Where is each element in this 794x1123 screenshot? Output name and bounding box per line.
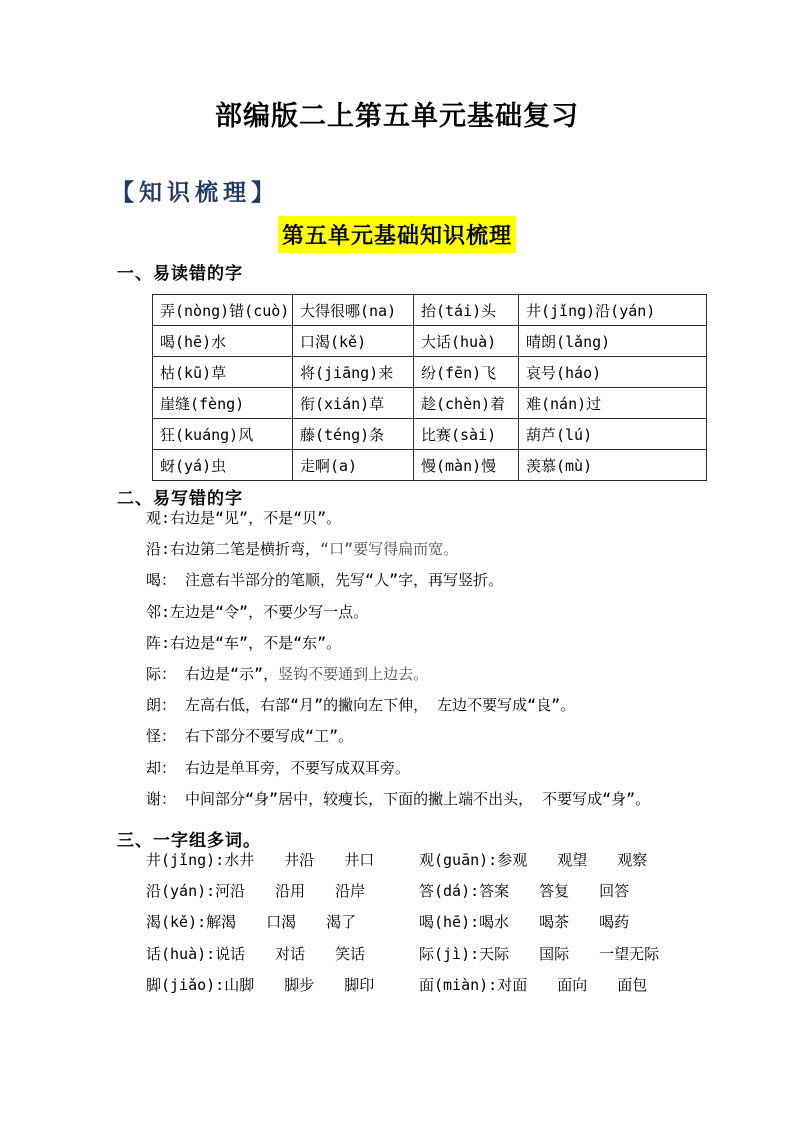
table-cell: 将(jiāng)来 (293, 357, 414, 388)
note-text: 邻:左边是“令”，不要少写一点。 (146, 603, 368, 621)
table-cell: 哀号(háo) (519, 357, 707, 388)
word-row: 渴(kě):解渴 口渴 渴了喝(hē):喝水 喝茶 喝药 (146, 907, 766, 938)
table-cell: 口渴(kě) (293, 326, 414, 357)
table-row: 崖缝(fèng)衔(xián)草趁(chèn)着难(nán)过 (153, 388, 707, 419)
note-text-muted: 竖钩不要通到上边去。 (278, 665, 428, 683)
note-text: 却： 右边是单耳旁，不要写成双耳旁。 (146, 759, 410, 777)
table-cell: 狂(kuáng)风 (153, 419, 293, 450)
word-group-right: 答(dá):答案 答复 回答 (419, 876, 766, 907)
table-cell: 崖缝(fèng) (153, 388, 293, 419)
table-row: 喝(hē)水口渴(kě)大话(huà)晴朗(lǎng) (153, 326, 707, 357)
miswrite-note-item: 邻:左边是“令”，不要少写一点。 (146, 597, 766, 628)
highlighted-subtitle: 第五单元基础知识梳理 (278, 216, 516, 253)
word-group-right: 观(guān):参观 观望 观察 (419, 845, 766, 876)
word-group-right: 际(jì):天际 国际 一望无际 (419, 939, 766, 970)
word-group-left: 井(jǐng):水井 井沿 井口 (146, 845, 419, 876)
miswrite-note-item: 喝： 注意右半部分的笔顺，先写“人”字，再写竖折。 (146, 565, 766, 596)
table-cell: 喝(hē)水 (153, 326, 293, 357)
miswrite-note-item: 怪： 右下部分不要写成“工”。 (146, 721, 766, 752)
misread-characters-table: 弄(nòng)错(cuò)大得很哪(na)抬(tái)头井(jǐng)沿(yán… (152, 294, 707, 481)
miswrite-note-item: 观:右边是“见”，不是“贝”。 (146, 503, 766, 534)
table-cell: 弄(nòng)错(cuò) (153, 295, 293, 326)
table-row: 狂(kuáng)风藤(téng)条比赛(sài)葫芦(lú) (153, 419, 707, 450)
table-cell: 纷(fēn)飞 (414, 357, 519, 388)
table-cell: 难(nán)过 (519, 388, 707, 419)
miswrite-note-item: 阵:右边是“车”，不是“东”。 (146, 628, 766, 659)
word-group-left: 脚(jiǎo):山脚 脚步 脚印 (146, 970, 419, 1001)
note-text: 阵:右边是“车”，不是“东”。 (146, 634, 341, 652)
note-text: 沿:右边第二笔是横折弯， (146, 540, 320, 558)
table-cell: 走啊(a) (293, 450, 414, 481)
word-group-left: 沿(yán):河沿 沿用 沿岸 (146, 876, 419, 907)
subtitle-wrap: 第五单元基础知识梳理 (0, 216, 794, 253)
table-cell: 大话(huà) (414, 326, 519, 357)
table-cell: 枯(kū)草 (153, 357, 293, 388)
miswrite-note-item: 际： 右边是“示”，竖钩不要通到上边去。 (146, 659, 766, 690)
miswrite-note-item: 沿:右边第二笔是横折弯，“口”要写得扁而宽。 (146, 534, 766, 565)
word-row: 沿(yán):河沿 沿用 沿岸答(dá):答案 答复 回答 (146, 876, 766, 907)
word-group-right: 喝(hē):喝水 喝茶 喝药 (419, 907, 766, 938)
miswrite-notes-list: 观:右边是“见”，不是“贝”。沿:右边第二笔是横折弯，“口”要写得扁而宽。喝： … (146, 503, 766, 815)
document-page: 部编版二上第五单元基础复习 【知识梳理】 第五单元基础知识梳理 一、易读错的字 … (0, 0, 794, 1123)
note-text-muted: “口”要写得扁而宽。 (320, 540, 458, 558)
miswrite-note-item: 谢： 中间部分“身”居中，较瘦长，下面的撇上端不出头， 不要写成“身”。 (146, 784, 766, 815)
table-row: 蚜(yá)虫走啊(a)慢(màn)慢羡慕(mù) (153, 450, 707, 481)
knowledge-review-label: 【知识梳理】 (111, 174, 279, 207)
word-group-left: 渴(kě):解渴 口渴 渴了 (146, 907, 419, 938)
note-text: 朗： 左高右低，右部“月”的撇向左下伸， 左边不要写成“良”。 (146, 696, 575, 714)
note-text: 怪： 右下部分不要写成“工”。 (146, 727, 353, 745)
table-cell: 衔(xián)草 (293, 388, 414, 419)
note-text: 喝： 注意右半部分的笔顺，先写“人”字，再写竖折。 (146, 571, 503, 589)
table-cell: 井(jǐng)沿(yán) (519, 295, 707, 326)
table-row: 弄(nòng)错(cuò)大得很哪(na)抬(tái)头井(jǐng)沿(yán… (153, 295, 707, 326)
note-text: 谢： 中间部分“身”居中，较瘦长，下面的撇上端不出头， 不要写成“身”。 (146, 790, 650, 808)
miswrite-note-item: 却： 右边是单耳旁，不要写成双耳旁。 (146, 753, 766, 784)
table-cell: 慢(màn)慢 (414, 450, 519, 481)
table-cell: 藤(téng)条 (293, 419, 414, 450)
table-cell: 趁(chèn)着 (414, 388, 519, 419)
section-heading-misread: 一、易读错的字 (117, 259, 243, 284)
table-cell: 羡慕(mù) (519, 450, 707, 481)
table-cell: 大得很哪(na) (293, 295, 414, 326)
table-row: 枯(kū)草将(jiāng)来纷(fēn)飞哀号(háo) (153, 357, 707, 388)
word-group-left: 话(huà):说话 对话 笑话 (146, 939, 419, 970)
table-cell: 蚜(yá)虫 (153, 450, 293, 481)
word-group-right: 面(miàn):对面 面向 面包 (419, 970, 766, 1001)
document-title: 部编版二上第五单元基础复习 (0, 94, 794, 133)
note-text: 际： 右边是“示”， (146, 665, 278, 683)
table-cell: 抬(tái)头 (414, 295, 519, 326)
table-cell: 比赛(sài) (414, 419, 519, 450)
miswrite-note-item: 朗： 左高右低，右部“月”的撇向左下伸， 左边不要写成“良”。 (146, 690, 766, 721)
word-row: 脚(jiǎo):山脚 脚步 脚印面(miàn):对面 面向 面包 (146, 970, 766, 1001)
table-cell: 葫芦(lú) (519, 419, 707, 450)
multiword-grid: 井(jǐng):水井 井沿 井口观(guān):参观 观望 观察沿(yán):河… (146, 845, 766, 1001)
word-row: 话(huà):说话 对话 笑话际(jì):天际 国际 一望无际 (146, 939, 766, 970)
word-row: 井(jǐng):水井 井沿 井口观(guān):参观 观望 观察 (146, 845, 766, 876)
note-text: 观:右边是“见”，不是“贝”。 (146, 509, 341, 527)
table-cell: 晴朗(lǎng) (519, 326, 707, 357)
